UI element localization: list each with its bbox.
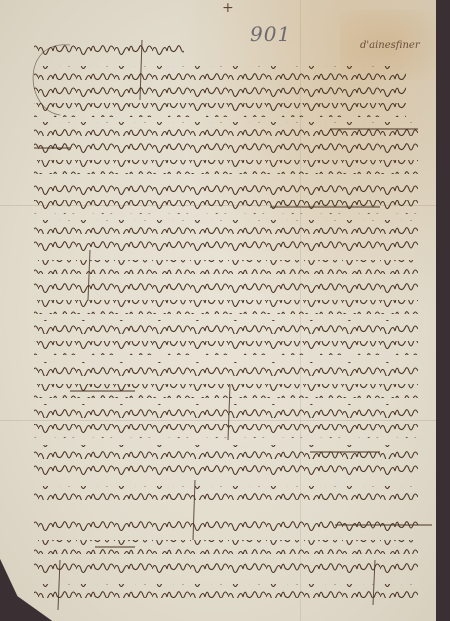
manuscript-page: + 901 d'ainesfiner	[0, 0, 436, 621]
handwritten-text	[0, 0, 436, 621]
